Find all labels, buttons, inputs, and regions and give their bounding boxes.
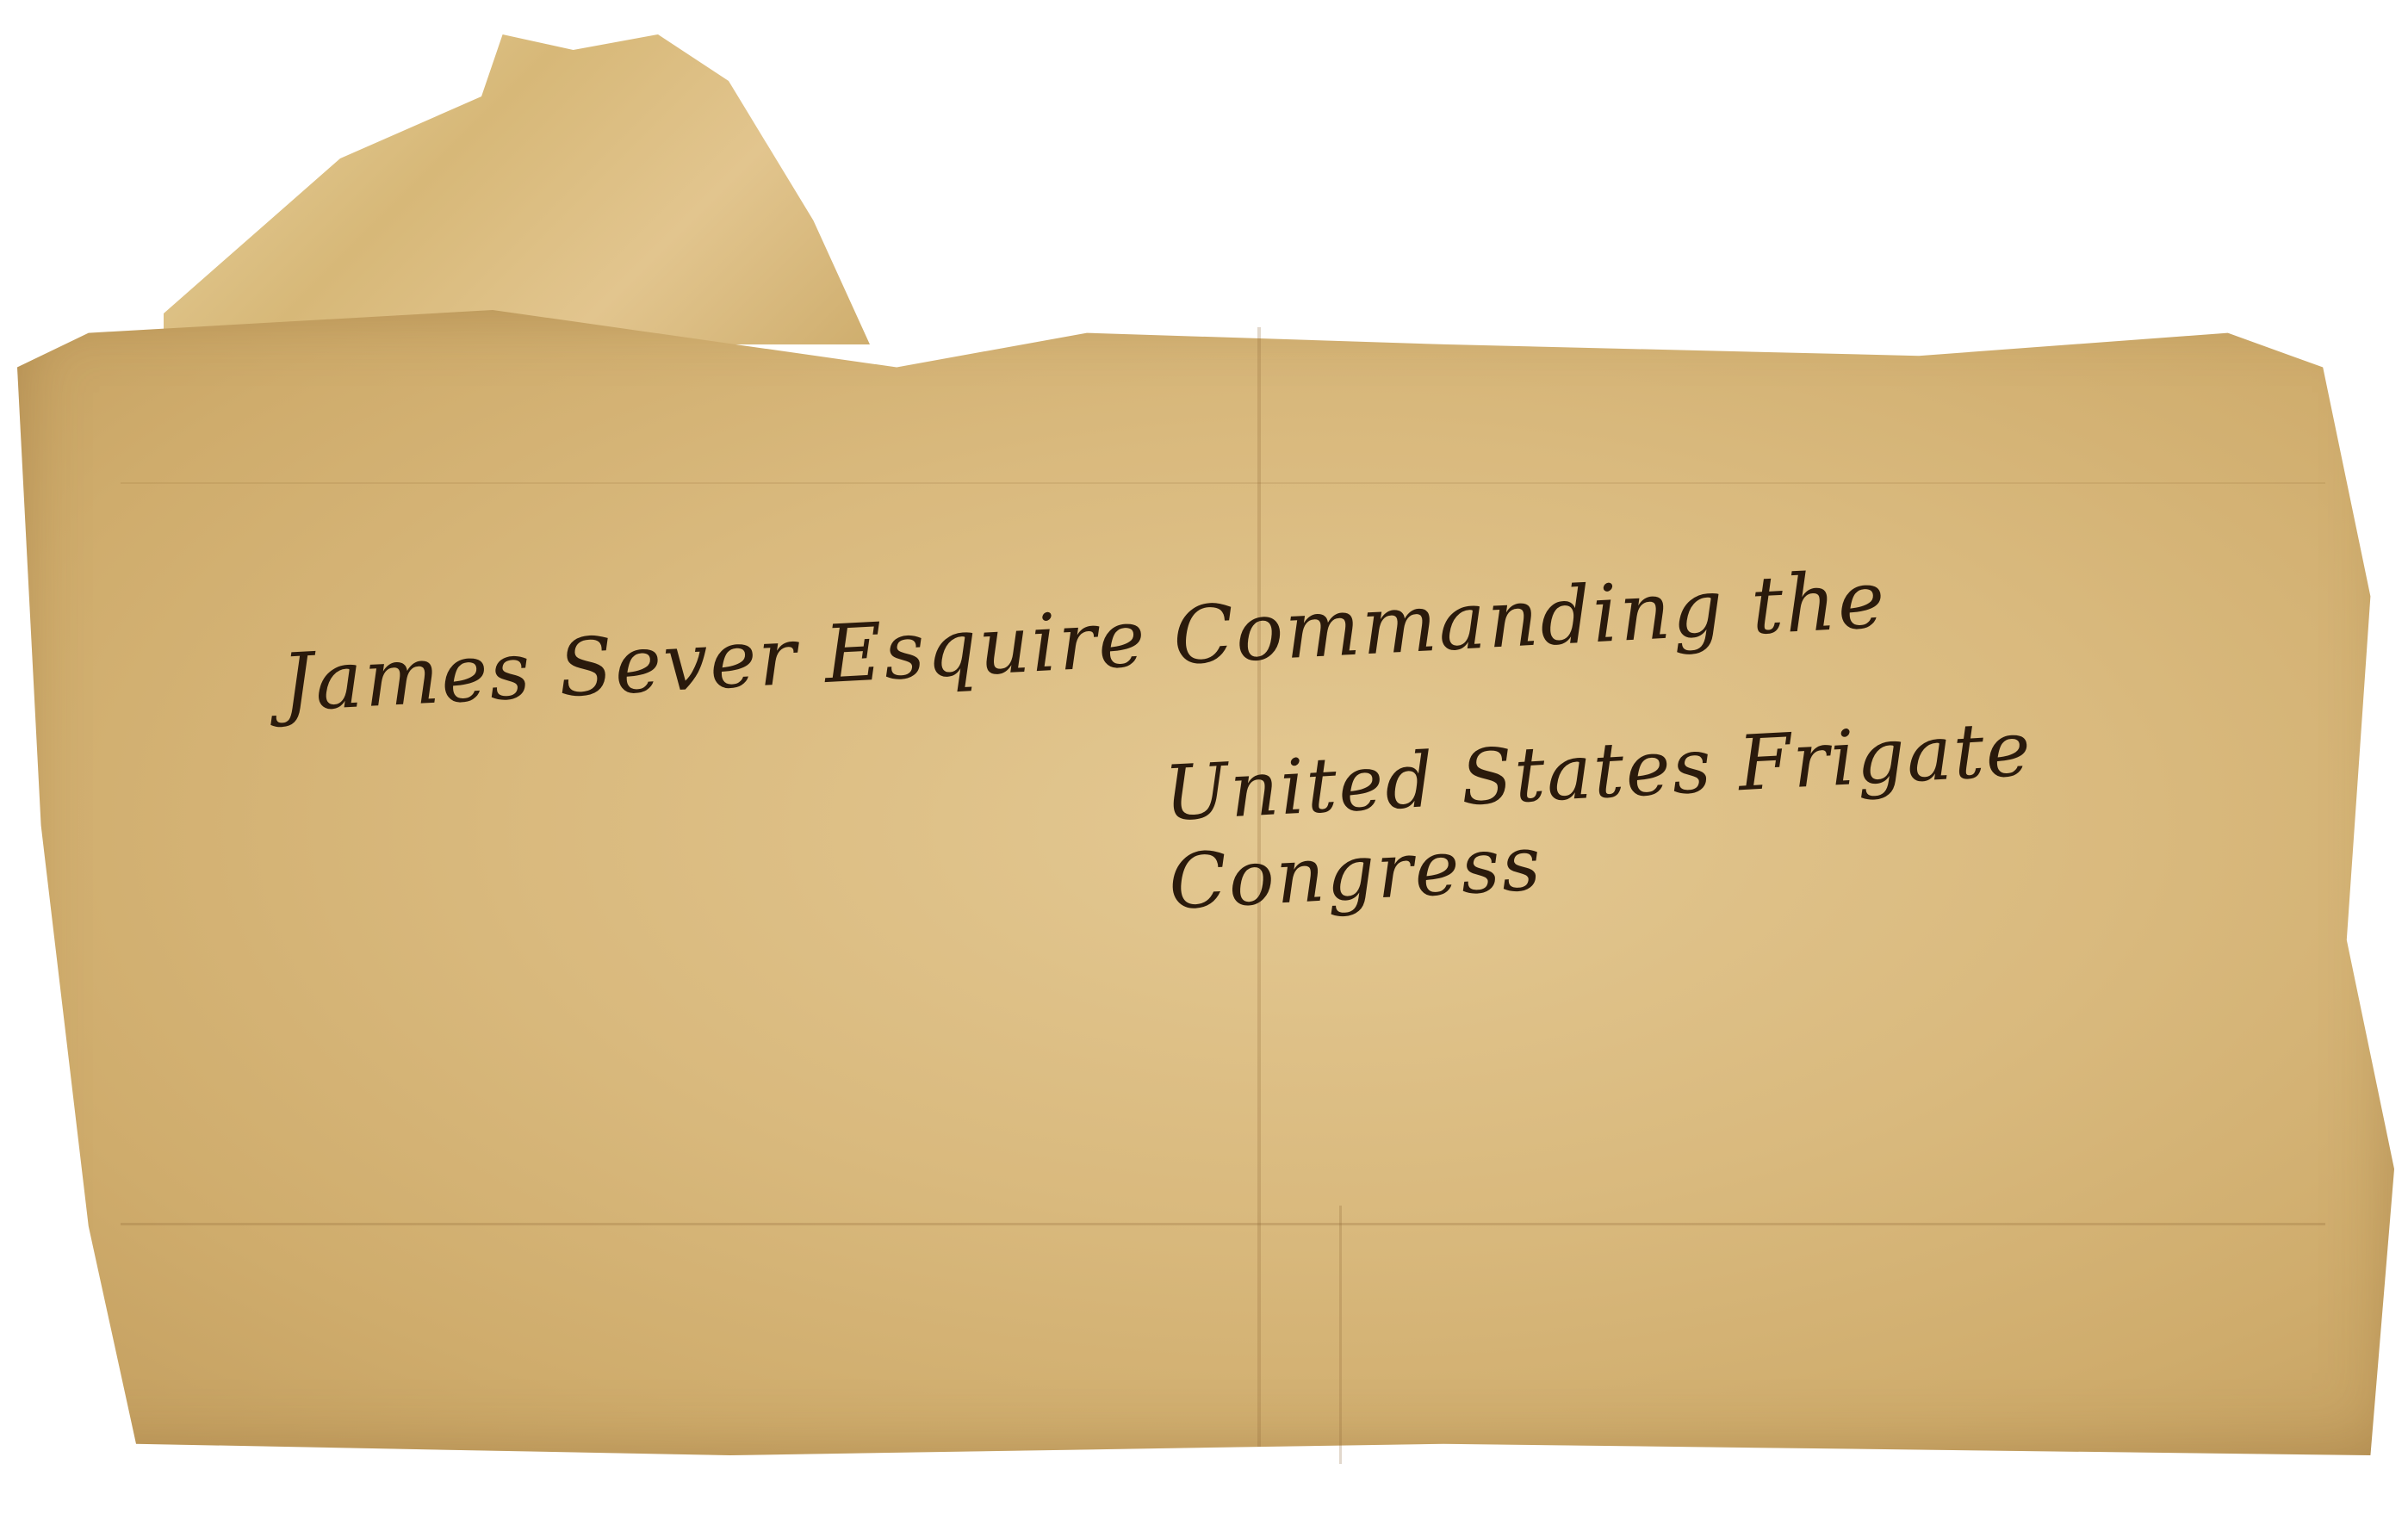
envelope-flap (164, 34, 870, 344)
fold-crease (1339, 1206, 1342, 1464)
fold-crease (121, 482, 2325, 484)
fold-crease (121, 1223, 2325, 1225)
